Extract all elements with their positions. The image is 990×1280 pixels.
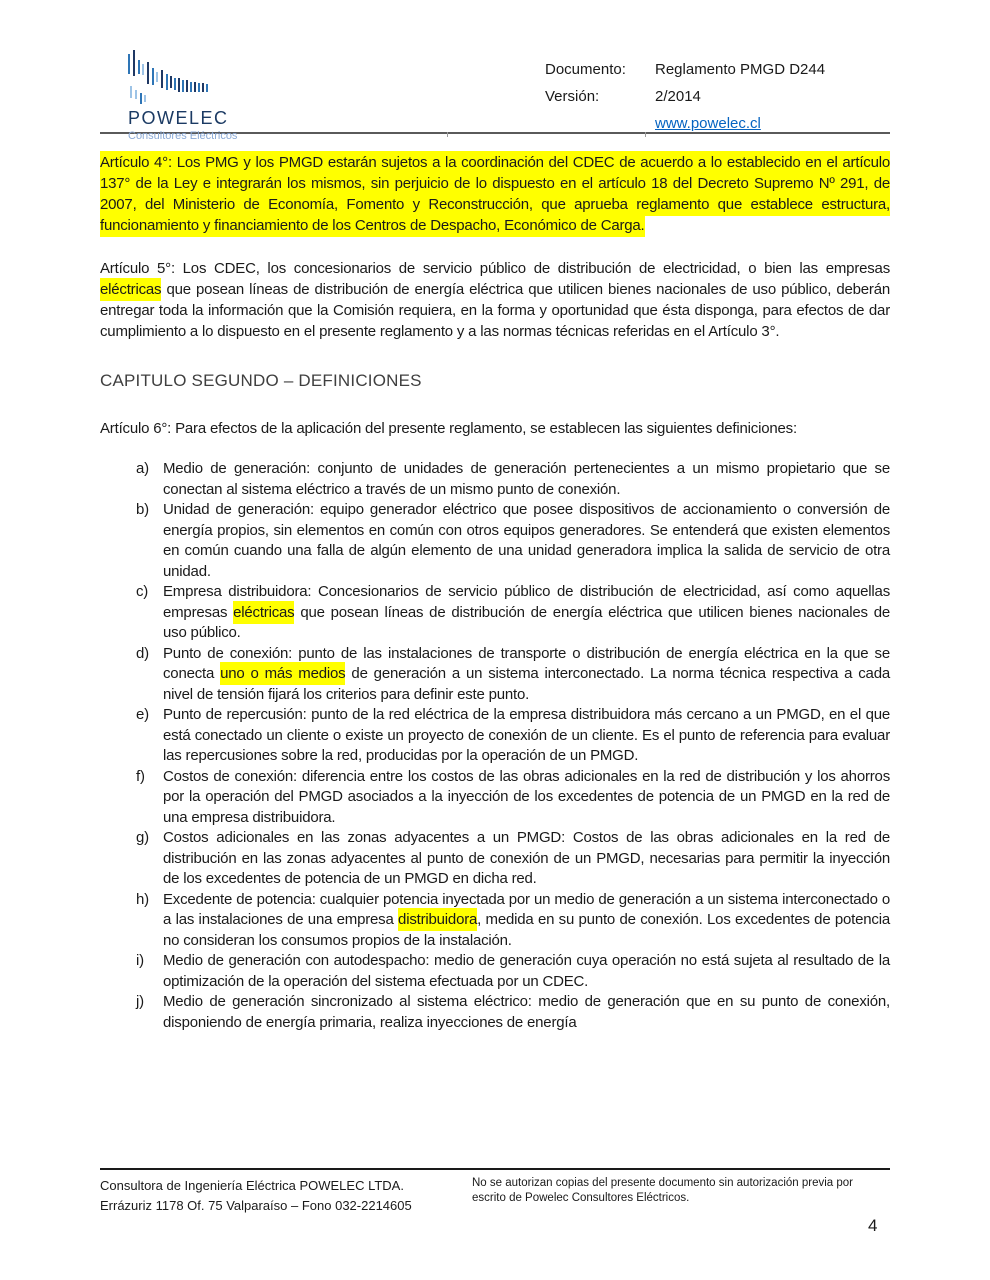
definition-marker: c) (136, 582, 163, 644)
definition-item: i)Medio de generación con autodespacho: … (136, 951, 890, 992)
definition-text: Unidad de generación: equipo generador e… (163, 500, 890, 582)
text-segment: Medio de generación con autodespacho: me… (163, 952, 890, 990)
text-segment: Medio de generación sincronizado al sist… (163, 993, 890, 1031)
definition-item: g)Costos adicionales en las zonas adyace… (136, 828, 890, 890)
definition-marker: b) (136, 500, 163, 582)
footer-company-info: Consultora de Ingeniería Eléctrica POWEL… (100, 1176, 470, 1216)
definition-marker: j) (136, 992, 163, 1033)
text-segment: Unidad de generación: equipo generador e… (163, 501, 890, 580)
text-segment: Costos adicionales en las zonas adyacent… (163, 829, 890, 887)
website-meta-row: www.powelec.cl (545, 110, 890, 137)
document-label: Documento: (545, 56, 655, 83)
definition-item: e)Punto de repercusión: punto de la red … (136, 705, 890, 767)
document-header: POWELEC Consultores Eléctricos Documento… (100, 0, 890, 134)
document-footer: Consultora de Ingeniería Eléctrica POWEL… (100, 1168, 890, 1216)
text-segment: Medio de generación: conjunto de unidade… (163, 460, 890, 498)
definition-text: Punto de conexión: punto de las instalac… (163, 644, 890, 706)
articulo-5-paragraph: Artículo 5°: Los CDEC, los concesionario… (100, 258, 890, 342)
definition-marker: e) (136, 705, 163, 767)
definition-text: Medio de generación: conjunto de unidade… (163, 459, 890, 500)
text-segment: Punto de repercusión: punto de la red el… (163, 706, 890, 764)
chapter-heading: CAPITULO SEGUNDO – DEFINICIONES (100, 371, 890, 391)
definition-item: h)Excedente de potencia: cualquier poten… (136, 890, 890, 952)
document-meta: Documento: Reglamento PMGD D244 Versión:… (545, 56, 890, 137)
footer-company-line1: Consultora de Ingeniería Eléctrica POWEL… (100, 1176, 470, 1196)
highlighted-text: eléctricas (233, 601, 294, 624)
definition-marker: f) (136, 767, 163, 829)
text-segment: Artículo 6°: Para efectos de la aplicaci… (100, 420, 797, 437)
logo-bars-icon (128, 50, 228, 106)
highlighted-text: distribuidora (398, 908, 477, 931)
definition-marker: a) (136, 459, 163, 500)
page-number: 4 (868, 1216, 877, 1236)
highlighted-text: Artículo 4°: Los PMG y los PMGD estarán … (100, 151, 890, 237)
definition-text: Empresa distribuidora: Concesionarios de… (163, 582, 890, 644)
footer-company-line2: Errázuriz 1178 Of. 75 Valparaíso – Fono … (100, 1196, 470, 1216)
definition-marker: h) (136, 890, 163, 952)
website-spacer (545, 110, 655, 137)
definition-text: Medio de generación sincronizado al sist… (163, 992, 890, 1033)
definition-text: Excedente de potencia: cualquier potenci… (163, 890, 890, 952)
definition-text: Costos de conexión: diferencia entre los… (163, 767, 890, 829)
highlighted-text: uno o más medios (220, 662, 345, 685)
document-meta-row: Documento: Reglamento PMGD D244 (545, 56, 890, 83)
articulo-4-paragraph: Artículo 4°: Los PMG y los PMGD estarán … (100, 152, 890, 236)
text-segment: Costos de conexión: diferencia entre los… (163, 768, 890, 826)
version-value: 2/2014 (655, 83, 701, 110)
version-meta-row: Versión: 2/2014 (545, 83, 890, 110)
definition-text: Punto de repercusión: punto de la red el… (163, 705, 890, 767)
footer-copy-notice: No se autorizan copias del presente docu… (472, 1176, 890, 1216)
text-segment: que posean líneas de distribución de ene… (100, 281, 890, 340)
definitions-list: a)Medio de generación: conjunto de unida… (136, 459, 890, 1033)
definition-item: j)Medio de generación sincronizado al si… (136, 992, 890, 1033)
document-body: Artículo 4°: Los PMG y los PMGD estarán … (100, 136, 890, 1033)
definition-item: b)Unidad de generación: equipo generador… (136, 500, 890, 582)
document-page: POWELEC Consultores Eléctricos Documento… (0, 0, 990, 1280)
definition-item: d)Punto de conexión: punto de las instal… (136, 644, 890, 706)
definition-marker: i) (136, 951, 163, 992)
definition-marker: g) (136, 828, 163, 890)
definition-item: f)Costos de conexión: diferencia entre l… (136, 767, 890, 829)
articulo-6-paragraph: Artículo 6°: Para efectos de la aplicaci… (100, 418, 890, 439)
definition-text: Costos adicionales en las zonas adyacent… (163, 828, 890, 890)
definition-item: a)Medio de generación: conjunto de unida… (136, 459, 890, 500)
highlighted-text: eléctricas (100, 278, 161, 301)
definition-item: c)Empresa distribuidora: Concesionarios … (136, 582, 890, 644)
definition-text: Medio de generación con autodespacho: me… (163, 951, 890, 992)
text-segment: Artículo 5°: Los CDEC, los concesionario… (100, 260, 890, 277)
website-link[interactable]: www.powelec.cl (655, 110, 761, 137)
definition-marker: d) (136, 644, 163, 706)
version-label: Versión: (545, 83, 655, 110)
logo-name: POWELEC (128, 108, 258, 129)
powelec-logo: POWELEC Consultores Eléctricos (128, 50, 258, 142)
document-value: Reglamento PMGD D244 (655, 56, 825, 83)
